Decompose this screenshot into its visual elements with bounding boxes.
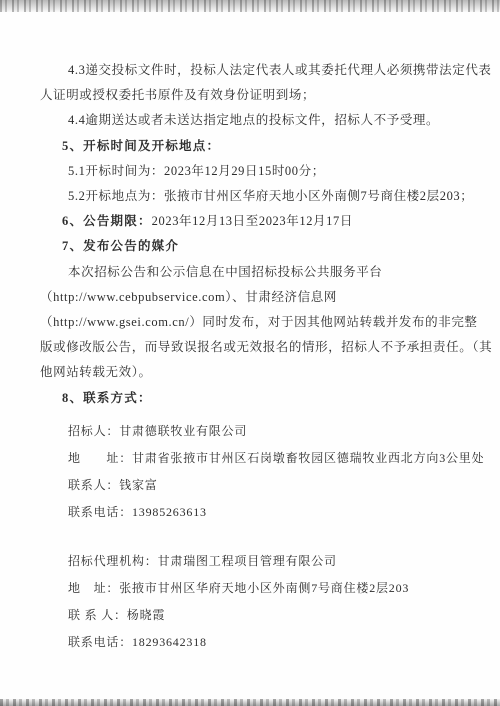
line-text: 4.4逾期送达或者未送达指定地点的投标文件，招标人不予受理。 [68,113,439,127]
line-text: （http://www.gsei.com.cn/）同时发布，对于因其他网站转载并… [40,315,478,329]
doc-line: 本次招标公告和公示信息在中国招标投标公共服务平台 [40,260,480,285]
line-text: 招标代理机构：甘肃瑞图工程项目管理有限公司 [68,554,337,568]
doc-section-heading: 7、发布公告的媒介 [40,234,480,259]
document-body: 4.3递交投标文件时，投标人法定代表人或其委托代理人必须携带法定代表 人证明或授… [40,58,480,656]
contact-row-bidder-name: 招标人：甘肃德联牧业有限公司 [40,418,480,445]
line-text: 人证明或授权委托书原件及有效身份证明到场； [40,88,315,102]
doc-section-heading: 6、公告期限：2023年12月13日至2023年12月17日 [40,209,480,234]
contact-row-agency-name: 招标代理机构：甘肃瑞图工程项目管理有限公司 [40,548,480,575]
doc-line: 他网站转载无效）。 [40,360,480,385]
doc-section-heading: 5、开标时间及开标地点： [40,134,480,159]
scan-artifact-top [0,0,500,12]
line-text: 版或修改版公告，而导致误报名或无效报名的情形，招标人不予承担责任。（其 [40,340,492,354]
doc-line: 版或修改版公告，而导致误报名或无效报名的情形，招标人不予承担责任。（其 [40,335,480,360]
line-text: 4.3递交投标文件时，投标人法定代表人或其委托代理人必须携带法定代表 [68,63,492,77]
line-text: （http://www.cebpubservice.com）、甘肃经济信息网 [40,290,337,304]
line-text: 联系电话：18293642318 [68,635,207,649]
contact-row-bidder-phone: 联系电话：13985263613 [40,499,480,526]
document-page: 4.3递交投标文件时，投标人法定代表人或其委托代理人必须携带法定代表 人证明或授… [0,0,500,706]
line-bold-label: 7、发布公告的媒介 [62,239,179,253]
line-text: 本次招标公告和公示信息在中国招标投标公共服务平台 [68,265,382,279]
contact-row-agency-phone: 联系电话：18293642318 [40,629,480,656]
scan-artifact-bottom [0,699,500,706]
line-text: 5.1开标时间为：2023年12月29日15时00分； [68,164,325,178]
doc-line: 人证明或授权委托书原件及有效身份证明到场； [40,83,480,108]
contact-row-bidder-address: 地 址：甘肃省张掖市甘州区石岗墩畜牧园区德瑞牧业西北方向3公里处 [40,445,480,472]
contact-row-bidder-person: 联系人：钱家富 [40,472,480,499]
line-text: 联 系 人：杨晓霞 [68,608,165,622]
line-text: 地 址：张掖市甘州区华府天地小区外南侧7号商住楼2层203 [68,581,409,595]
line-text: 联系电话：13985263613 [68,505,207,519]
contact-row-agency-person: 联 系 人：杨晓霞 [40,602,480,629]
line-text: 招标人：甘肃德联牧业有限公司 [68,424,247,438]
doc-line: 5.1开标时间为：2023年12月29日15时00分； [40,159,480,184]
doc-line: 4.4逾期送达或者未送达指定地点的投标文件，招标人不予受理。 [40,108,480,133]
line-text: 2023年12月13日至2023年12月17日 [152,214,353,228]
contact-row-agency-address: 地 址：张掖市甘州区华府天地小区外南侧7号商住楼2层203 [40,575,480,602]
doc-line: （http://www.gsei.com.cn/）同时发布，对于因其他网站转载并… [40,310,480,335]
doc-line: 4.3递交投标文件时，投标人法定代表人或其委托代理人必须携带法定代表 [40,58,480,83]
line-bold-label: 6、公告期限： [62,214,152,228]
doc-section-heading: 8、联系方式： [40,386,480,411]
doc-line: （http://www.cebpubservice.com）、甘肃经济信息网 [40,285,480,310]
line-bold-label: 5、开标时间及开标地点： [62,139,220,153]
line-text: 联系人：钱家富 [68,478,158,492]
doc-line: 5.2开标地点为：张掖市甘州区华府天地小区外南侧7号商住楼2层203； [40,184,480,209]
line-text: 地 址：甘肃省张掖市甘州区石岗墩畜牧园区德瑞牧业西北方向3公里处 [68,451,484,465]
line-bold-label: 8、联系方式： [62,391,152,405]
line-text: 5.2开标地点为：张掖市甘州区华府天地小区外南侧7号商住楼2层203； [68,189,473,203]
line-text: 他网站转载无效）。 [40,365,152,379]
